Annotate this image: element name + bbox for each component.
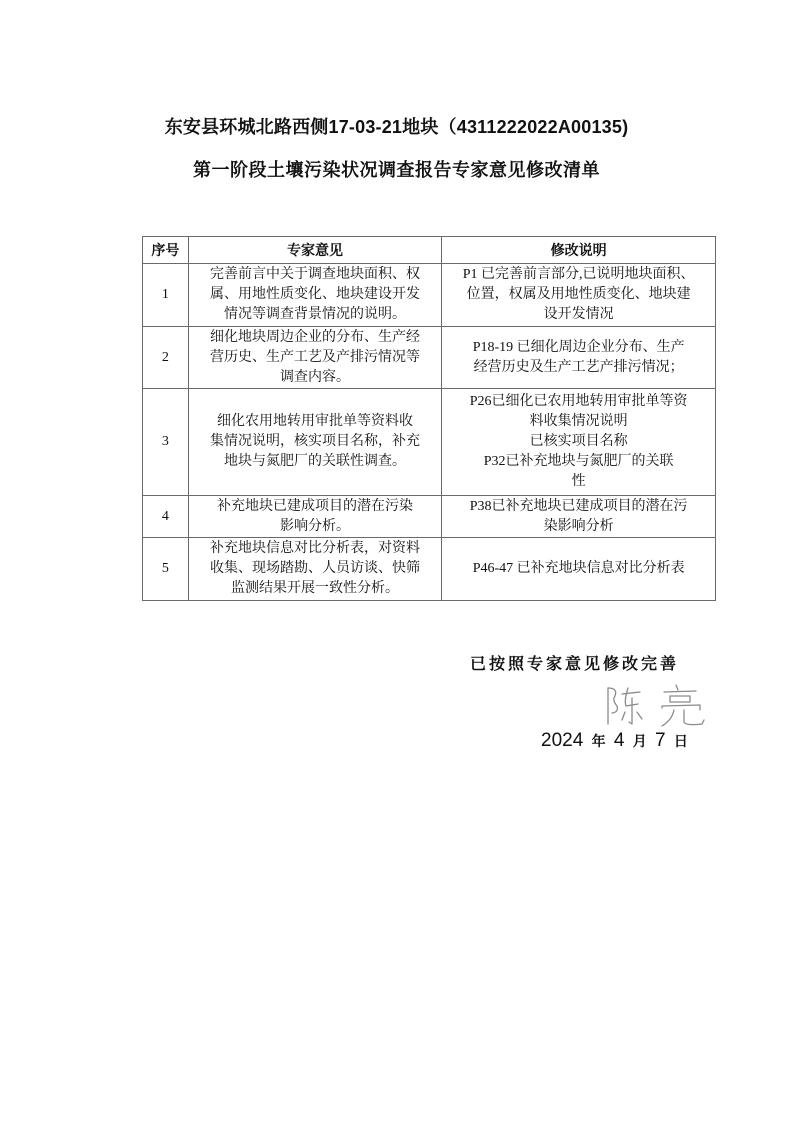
opinion-cell: 完善前言中关于调查地块面积、权 属、用地性质变化、地块建设开发 情况等调查背景情…: [188, 264, 442, 327]
closing-statement: 已按照专家意见修改完善: [470, 651, 679, 674]
opinion-line: 集情况说明，核实项目名称，补充: [195, 432, 436, 452]
opinion-line: 细化地块周边企业的分布、生产经: [195, 328, 436, 348]
opinion-line: 营历史、生产工艺及产排污情况等: [195, 348, 436, 368]
document-title-line-1: 东安县环城北路西侧17-03-21地块（4311222022A00135): [0, 113, 793, 139]
opinion-line: 调查内容。: [195, 368, 436, 388]
revision-line: P32已补充地块与氮肥厂的关联: [448, 452, 709, 472]
opinion-line: 影响分析。: [195, 517, 436, 537]
opinion-line: 细化农用地转用审批单等资料收: [195, 412, 436, 432]
header-revision-note: 修改说明: [442, 237, 716, 264]
revision-line: 染影响分析: [448, 517, 709, 537]
date-year: 2024: [541, 730, 583, 751]
serial-no-cell: 3: [143, 389, 189, 496]
revision-line: P38已补充地块已建成项目的潜在污: [448, 497, 709, 517]
serial-no-cell: 4: [143, 496, 189, 538]
table-row: 3 细化农用地转用审批单等资料收 集情况说明，核实项目名称，补充 地块与氮肥厂的…: [143, 389, 716, 496]
handwritten-signature: [604, 682, 724, 728]
opinion-cell: 细化地块周边企业的分布、生产经 营历史、生产工艺及产排污情况等 调查内容。: [188, 327, 442, 389]
revision-line: 性: [448, 472, 709, 492]
opinion-line: 地块与氮肥厂的关联性调查。: [195, 452, 436, 472]
header-expert-opinion: 专家意见: [188, 237, 442, 264]
revision-cell: P38已补充地块已建成项目的潜在污 染影响分析: [442, 496, 716, 538]
opinion-cell: 补充地块信息对比分析表，对资料 收集、现场踏勘、人员访谈、快筛 监测结果开展一致…: [188, 538, 442, 601]
revision-line: 设开发情况: [448, 305, 709, 325]
serial-no-cell: 5: [143, 538, 189, 601]
serial-no-cell: 2: [143, 327, 189, 389]
header-serial-no: 序号: [143, 237, 189, 264]
revision-line: 料收集情况说明: [448, 412, 709, 432]
table-row: 5 补充地块信息对比分析表，对资料 收集、现场踏勘、人员访谈、快筛 监测结果开展…: [143, 538, 716, 601]
signature-stroke-icon: [604, 682, 724, 728]
table-row: 2 细化地块周边企业的分布、生产经 营历史、生产工艺及产排污情况等 调查内容。 …: [143, 327, 716, 389]
table-row: 4 补充地块已建成项目的潜在污染 影响分析。 P38已补充地块已建成项目的潜在污…: [143, 496, 716, 538]
revision-line: P1 已完善前言部分,已说明地块面积、: [448, 265, 709, 285]
opinion-cell: 补充地块已建成项目的潜在污染 影响分析。: [188, 496, 442, 538]
opinion-line: 补充地块信息对比分析表，对资料: [195, 539, 436, 559]
date-day: 7: [655, 730, 666, 751]
date-year-unit: 年: [592, 734, 606, 750]
document-title-line-2: 第一阶段土壤污染状况调查报告专家意见修改清单: [0, 156, 793, 182]
revision-line: 已核实项目名称: [448, 432, 709, 452]
signing-date: 2024 年 4 月 7 日: [541, 730, 688, 752]
date-day-unit: 日: [674, 734, 688, 750]
opinion-line: 属、用地性质变化、地块建设开发: [195, 285, 436, 305]
revision-line: 位置，权属及用地性质变化、地块建: [448, 285, 709, 305]
table-row: 1 完善前言中关于调查地块面积、权 属、用地性质变化、地块建设开发 情况等调查背…: [143, 264, 716, 327]
revision-line: 经营历史及生产工艺产排污情况；: [448, 358, 709, 378]
revision-cell: P1 已完善前言部分,已说明地块面积、 位置，权属及用地性质变化、地块建 设开发…: [442, 264, 716, 327]
revision-line: P46-47 已补充地块信息对比分析表: [448, 559, 709, 579]
opinion-line: 收集、现场踏勘、人员访谈、快筛: [195, 559, 436, 579]
opinion-cell: 细化农用地转用审批单等资料收 集情况说明，核实项目名称，补充 地块与氮肥厂的关联…: [188, 389, 442, 496]
opinion-line: 补充地块已建成项目的潜在污染: [195, 497, 436, 517]
opinion-line: 监测结果开展一致性分析。: [195, 579, 436, 599]
date-month-unit: 月: [633, 734, 647, 750]
revision-cell: P46-47 已补充地块信息对比分析表: [442, 538, 716, 601]
expert-opinion-table: 序号 专家意见 修改说明 1 完善前言中关于调查地块面积、权 属、用地性质变化、…: [142, 236, 716, 601]
revision-cell: P18-19 已细化周边企业分布、生产 经营历史及生产工艺产排污情况；: [442, 327, 716, 389]
date-month: 4: [614, 730, 625, 751]
revision-line: P18-19 已细化周边企业分布、生产: [448, 338, 709, 358]
revision-cell: P26已细化已农用地转用审批单等资 料收集情况说明 已核实项目名称 P32已补充…: [442, 389, 716, 496]
serial-no-cell: 1: [143, 264, 189, 327]
opinion-line: 完善前言中关于调查地块面积、权: [195, 265, 436, 285]
revision-line: P26已细化已农用地转用审批单等资: [448, 392, 709, 412]
table-header-row: 序号 专家意见 修改说明: [143, 237, 716, 264]
opinion-line: 情况等调查背景情况的说明。: [195, 305, 436, 325]
